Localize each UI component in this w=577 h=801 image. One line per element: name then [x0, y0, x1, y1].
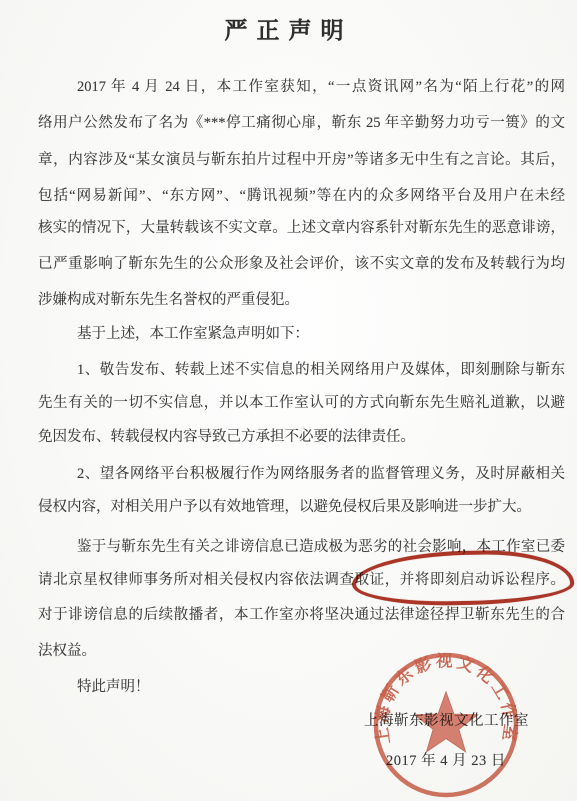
document-line: 核实的情况下，大量转载该不实文章。上述文章内容系针对靳东先生的恶意诽谤， [38, 216, 565, 237]
document-line: 已严重影响了靳东先生的公众形象及社会评价，该不实文章的发布及转载行为均 [38, 252, 565, 273]
document-line: 章，内容涉及“某女演员与靳东拍片过程中开房”等诸多无中生有之言论。其后， [38, 148, 565, 169]
star-icon [415, 692, 478, 752]
document-line: 2017 年 4 月 24 日，本工作室获知，“一点资讯网”名为“陌上行花”的网 [77, 75, 565, 96]
document-line: 免因发布、转载侵权内容导致己方承担不必要的法律责任。 [38, 425, 565, 446]
document-line: 络用户公然发布了名为《***停工痛彻心扉，靳东 25 年辛勤努力功亏一篑》的文 [38, 111, 565, 132]
document-line: 基于上述，本工作室紧急声明如下： [77, 322, 565, 343]
document-line: 先生有关的一切不实信息，并以本工作室认可的方式向靳东先生赔礼道歉，以避 [38, 391, 565, 412]
company-seal: 上海靳东影视文化工作室 [368, 648, 524, 801]
document-line: 涉嫌构成对靳东先生名誉权的严重侵犯。 [38, 288, 565, 309]
document-line: 1、敬告发布、转载上述不实信息的相关网络用户及媒体，即刻删除与靳东 [77, 358, 565, 379]
document-line: 包括“网易新闻”、“东方网”、“腾讯视频”等在内的众多网络平台及用户在未经 [38, 184, 565, 205]
emphasis-circle-annotation [351, 548, 574, 607]
document-line: 侵权内容，对相关用户予以有效地管理，以避免侵权后果及影响进一步扩大。 [38, 495, 565, 516]
document-line: 对于诽谤信息的后续散播者，本工作室亦将坚决通过法律途径捍卫靳东先生的合 [38, 603, 565, 624]
document-line: 2、望各网络平台积极履行作为网络服务者的监督管理义务，及时屏蔽相关 [77, 462, 565, 483]
document-title: 严正声明 [0, 12, 577, 45]
statement-document: 严正声明 2017 年 4 月 24 日，本工作室获知，“一点资讯网”名为“陌上… [0, 0, 577, 801]
